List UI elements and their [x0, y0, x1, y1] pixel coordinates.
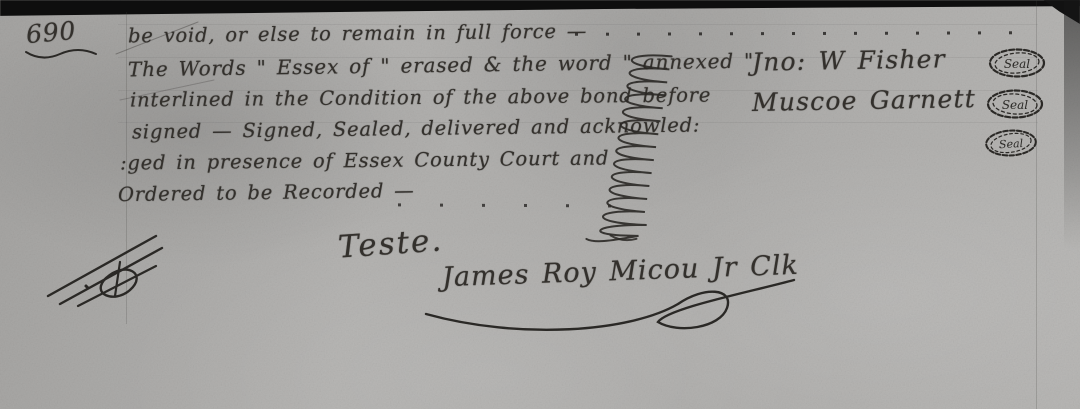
signature-muscoe-garnett: Muscoe Garnett	[752, 84, 976, 117]
scanned-document-page: 690 be void, or else to remain in full f…	[0, 0, 1080, 409]
paraph-scribble	[44, 224, 184, 312]
ink-layer: 690 be void, or else to remain in full f…	[0, 0, 1080, 409]
seal-icon: Seal	[982, 124, 1041, 162]
coil-flourish	[608, 49, 685, 250]
seal-text: Seal	[999, 137, 1024, 151]
seal-text: Seal	[1004, 57, 1030, 71]
clerk-signature-flourish	[420, 268, 810, 346]
seal-icon: Seal	[986, 44, 1048, 82]
teste-label: Teste.	[337, 222, 444, 265]
signature-jno-w-fisher: Jno: W Fisher	[752, 44, 946, 76]
seal-text: Seal	[1002, 98, 1028, 112]
seal-icon: Seal	[984, 85, 1046, 123]
